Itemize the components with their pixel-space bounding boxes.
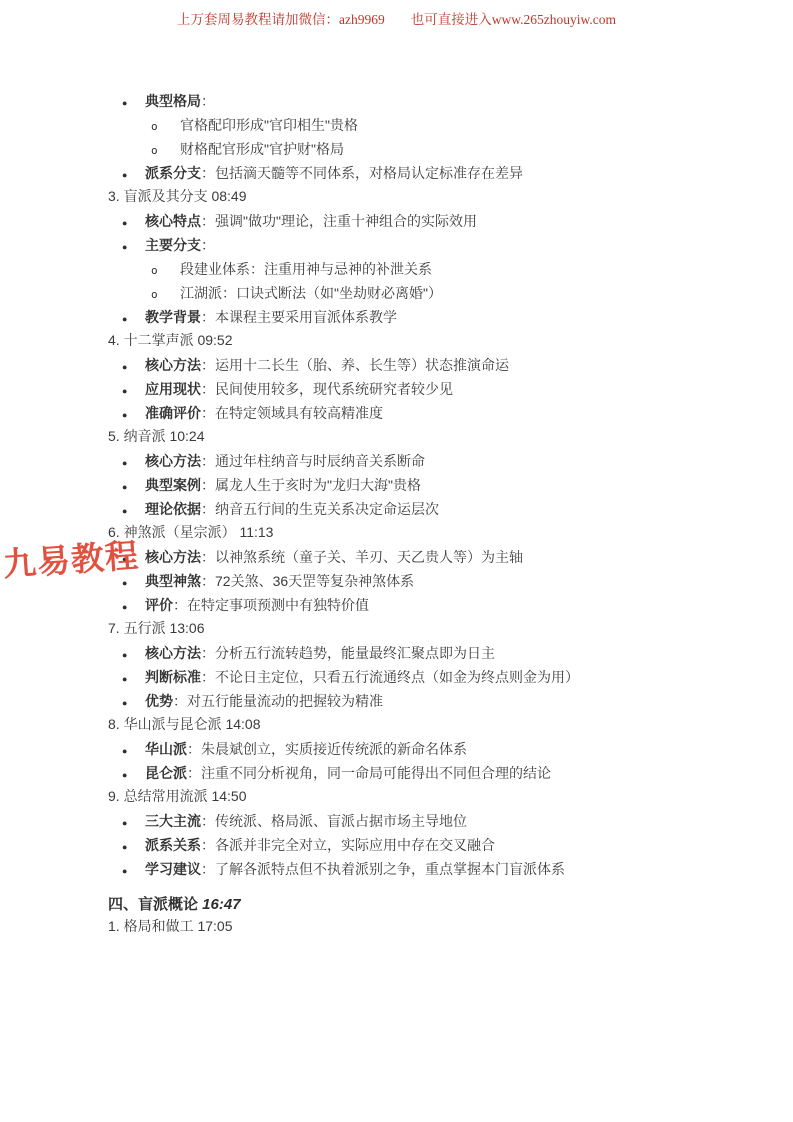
numbered-heading: 6. 神煞派（星宗派） 11:13 [108,522,728,542]
numbered-heading: 8. 华山派与昆仑派 14:08 [108,714,728,734]
list-item-label: 核心方法 [145,645,201,661]
list-item-text: 评价：在特定事项预测中有独特价值 [145,594,728,616]
list-item-text: 核心方法：通过年柱纳音与时辰纳音关系断命 [145,450,728,472]
list-item-label: 派系分支 [145,165,201,181]
list-item-label: 主要分支 [145,237,201,253]
bullet-list: ●核心特点：强调"做功"理论，注重十神组合的实际效用●主要分支：o段建业体系：注… [108,210,728,330]
list-item: o段建业体系：注重用神与忌神的补泄关系 [108,258,728,282]
timestamp: 08:49 [211,188,246,204]
list-item-label: 核心方法 [145,549,201,565]
list-item: ●应用现状：民间使用较多，现代系统研究者较少见 [108,378,728,402]
list-item: ●派系分支：包括滴天髓等不同体系，对格局认定标准存在差异 [108,162,728,186]
bullet-dot-icon: ● [122,356,145,378]
bullet-circle-icon: o [151,284,180,306]
numbered-heading: 4. 十二掌声派 09:52 [108,330,728,350]
bullet-dot-icon: ● [122,500,145,522]
bullet-dot-icon: ● [122,212,145,234]
list-item: o财格配官形成"官护财"格局 [108,138,728,162]
list-item-label: 核心方法 [145,453,201,469]
section-heading: 四、盲派概论 16:47 [108,894,728,916]
timestamp: 09:52 [197,332,232,348]
list-item-text: 典型神煞：72关煞、36天罡等复杂神煞体系 [145,570,728,592]
list-item-text: 优势：对五行能量流动的把握较为精准 [145,690,728,712]
list-item: ●核心方法：运用十二长生（胎、养、长生等）状态推演命运 [108,354,728,378]
list-item-text: 核心方法：分析五行流转趋势，能量最终汇聚点即为日主 [145,642,728,664]
bullet-dot-icon: ● [122,236,145,258]
list-item-text: 昆仑派：注重不同分析视角，同一命局可能得出不同但合理的结论 [145,762,728,784]
list-item: ●主要分支： [108,234,728,258]
timestamp: 14:08 [225,716,260,732]
list-item-label: 判断标准 [145,669,201,685]
list-item-label: 昆仑派 [145,765,187,781]
list-item-label: 应用现状 [145,381,201,397]
timestamp: 14:50 [211,788,246,804]
list-item-label: 华山派 [145,741,187,757]
list-item-text: 财格配官形成"官护财"格局 [180,138,728,160]
list-item-text: 准确评价：在特定领域具有较高精准度 [145,402,728,424]
list-item-label: 优势 [145,693,173,709]
list-item: ●理论依据：纳音五行间的生克关系决定命运层次 [108,498,728,522]
list-item: ●典型神煞：72关煞、36天罡等复杂神煞体系 [108,570,728,594]
promo-header-url: 也可直接进入www.265zhouyiw.com [411,12,616,27]
list-item-label: 学习建议 [145,861,201,877]
document-page: 上万套周易教程请加微信：azh9969也可直接进入www.265zhouyiw.… [0,0,793,1122]
bullet-list: ●典型格局：o官格配印形成"官印相生"贵格o财格配官形成"官护财"格局●派系分支… [108,90,728,186]
bullet-dot-icon: ● [122,452,145,474]
bullet-circle-icon: o [151,116,180,138]
numbered-heading: 9. 总结常用流派 14:50 [108,786,728,806]
bullet-dot-icon: ● [122,668,145,690]
list-item-text: 江湖派：口诀式断法（如"坐劫财必离婚"） [180,282,728,304]
list-item-label: 典型案例 [145,477,201,493]
numbered-heading: 5. 纳音派 10:24 [108,426,728,446]
bullet-list: ●核心方法：运用十二长生（胎、养、长生等）状态推演命运●应用现状：民间使用较多，… [108,354,728,426]
bullet-dot-icon: ● [122,404,145,426]
list-item: ●华山派：朱晨斌创立，实质接近传统派的新命名体系 [108,738,728,762]
list-item-text: 三大主流：传统派、格局派、盲派占据市场主导地位 [145,810,728,832]
timestamp: 11:13 [239,524,273,540]
bullet-dot-icon: ● [122,836,145,858]
bullet-list: ●华山派：朱晨斌创立，实质接近传统派的新命名体系●昆仑派：注重不同分析视角，同一… [108,738,728,786]
list-item: ●学习建议：了解各派特点但不执着派别之争，重点掌握本门盲派体系 [108,858,728,882]
bullet-dot-icon: ● [122,740,145,762]
list-item-text: 华山派：朱晨斌创立，实质接近传统派的新命名体系 [145,738,728,760]
list-item: ●派系关系：各派并非完全对立，实际应用中存在交叉融合 [108,834,728,858]
list-item-text: 典型格局： [145,90,728,112]
bullet-circle-icon: o [151,140,180,162]
watermark-text: 九易教程 [1,530,140,586]
bullet-dot-icon: ● [122,596,145,618]
list-item: ●典型案例：属龙人生于亥时为"龙归大海"贵格 [108,474,728,498]
numbered-heading: 3. 盲派及其分支 08:49 [108,186,728,206]
list-item: ●优势：对五行能量流动的把握较为精准 [108,690,728,714]
bullet-circle-icon: o [151,260,180,282]
bullet-dot-icon: ● [122,764,145,786]
bullet-dot-icon: ● [122,476,145,498]
list-item-text: 主要分支： [145,234,728,256]
list-item-text: 派系分支：包括滴天髓等不同体系，对格局认定标准存在差异 [145,162,728,184]
list-item-label: 教学背景 [145,309,201,325]
bullet-dot-icon: ● [122,644,145,666]
list-item-text: 教学背景：本课程主要采用盲派体系教学 [145,306,728,328]
list-item-text: 核心方法：以神煞系统（童子关、羊刃、天乙贵人等）为主轴 [145,546,728,568]
bullet-dot-icon: ● [122,164,145,186]
list-item-label: 典型格局 [145,93,201,109]
list-item: ●准确评价：在特定领域具有较高精准度 [108,402,728,426]
list-item: ●典型格局： [108,90,728,114]
list-item: ●三大主流：传统派、格局派、盲派占据市场主导地位 [108,810,728,834]
list-item: ●评价：在特定事项预测中有独特价值 [108,594,728,618]
promo-header-wechat: 上万套周易教程请加微信：azh9969 [177,12,385,27]
bullet-dot-icon: ● [122,812,145,834]
bullet-dot-icon: ● [122,692,145,714]
bullet-dot-icon: ● [122,308,145,330]
promo-header: 上万套周易教程请加微信：azh9969也可直接进入www.265zhouyiw.… [0,8,793,28]
list-item: ●核心特点：强调"做功"理论，注重十神组合的实际效用 [108,210,728,234]
list-item: ●核心方法：通过年柱纳音与时辰纳音关系断命 [108,450,728,474]
list-item: o官格配印形成"官印相生"贵格 [108,114,728,138]
bullet-list: ●核心方法：分析五行流转趋势，能量最终汇聚点即为日主●判断标准：不论日主定位，只… [108,642,728,714]
list-item-text: 应用现状：民间使用较多，现代系统研究者较少见 [145,378,728,400]
list-item-label: 理论依据 [145,501,201,517]
list-item-text: 段建业体系：注重用神与忌神的补泄关系 [180,258,728,280]
bullet-dot-icon: ● [122,380,145,402]
timestamp: 16:47 [202,896,240,913]
bullet-list: ●核心方法：以神煞系统（童子关、羊刃、天乙贵人等）为主轴●典型神煞：72关煞、3… [108,546,728,618]
list-item-text: 理论依据：纳音五行间的生克关系决定命运层次 [145,498,728,520]
list-item-label: 评价 [145,597,173,613]
list-item: ●判断标准：不论日主定位，只看五行流通终点（如金为终点则金为用） [108,666,728,690]
timestamp: 13:06 [169,620,204,636]
list-item-text: 学习建议：了解各派特点但不执着派别之争，重点掌握本门盲派体系 [145,858,728,880]
timestamp: 10:24 [169,428,204,444]
bullet-dot-icon: ● [122,860,145,882]
list-item-text: 判断标准：不论日主定位，只看五行流通终点（如金为终点则金为用） [145,666,728,688]
list-item-label: 准确评价 [145,405,201,421]
numbered-heading: 1. 格局和做工 17:05 [108,916,728,936]
list-item-text: 核心方法：运用十二长生（胎、养、长生等）状态推演命运 [145,354,728,376]
timestamp: 17:05 [197,918,232,934]
list-item: ●核心方法：以神煞系统（童子关、羊刃、天乙贵人等）为主轴 [108,546,728,570]
list-item-text: 官格配印形成"官印相生"贵格 [180,114,728,136]
list-item-label: 典型神煞 [145,573,201,589]
document-body: ●典型格局：o官格配印形成"官印相生"贵格o财格配官形成"官护财"格局●派系分支… [108,86,728,936]
list-item: ●昆仑派：注重不同分析视角，同一命局可能得出不同但合理的结论 [108,762,728,786]
bullet-dot-icon: ● [122,92,145,114]
list-item-label: 核心方法 [145,357,201,373]
numbered-heading: 7. 五行派 13:06 [108,618,728,638]
list-item: ●教学背景：本课程主要采用盲派体系教学 [108,306,728,330]
list-item-text: 典型案例：属龙人生于亥时为"龙归大海"贵格 [145,474,728,496]
list-item-text: 核心特点：强调"做功"理论，注重十神组合的实际效用 [145,210,728,232]
list-item: ●核心方法：分析五行流转趋势，能量最终汇聚点即为日主 [108,642,728,666]
list-item-label: 核心特点 [145,213,201,229]
list-item-label: 三大主流 [145,813,201,829]
list-item-label: 派系关系 [145,837,201,853]
bullet-list: ●核心方法：通过年柱纳音与时辰纳音关系断命●典型案例：属龙人生于亥时为"龙归大海… [108,450,728,522]
bullet-list: ●三大主流：传统派、格局派、盲派占据市场主导地位●派系关系：各派并非完全对立，实… [108,810,728,882]
list-item: o江湖派：口诀式断法（如"坐劫财必离婚"） [108,282,728,306]
list-item-text: 派系关系：各派并非完全对立，实际应用中存在交叉融合 [145,834,728,856]
